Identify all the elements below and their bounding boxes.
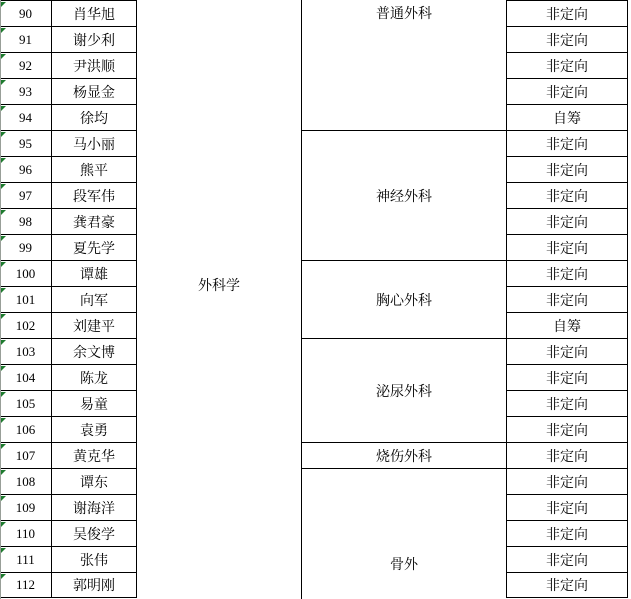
name-cell[interactable]: 夏先学 xyxy=(52,234,137,260)
specialty-label: 胸心外科 xyxy=(376,290,432,310)
row-number-text: 94 xyxy=(19,110,32,126)
name-cell[interactable]: 黄克华 xyxy=(52,442,137,468)
name-cell[interactable]: 杨显金 xyxy=(52,78,137,104)
status-text: 非定向 xyxy=(546,238,588,258)
name-text: 夏先学 xyxy=(73,238,115,258)
row-number-cell[interactable]: 102 xyxy=(0,312,52,338)
name-cell[interactable]: 谭东 xyxy=(52,468,137,494)
row-number-cell[interactable]: 106 xyxy=(0,416,52,442)
row-number-text: 110 xyxy=(16,526,35,542)
status-text: 非定向 xyxy=(546,368,588,388)
row-number-text: 99 xyxy=(19,240,32,256)
specialty-merged-cell[interactable]: 烧伤外科 xyxy=(302,442,507,468)
name-text: 刘建平 xyxy=(73,316,115,336)
row-number-text: 103 xyxy=(16,344,36,360)
name-cell[interactable]: 龚君豪 xyxy=(52,208,137,234)
status-cell[interactable]: 非定向 xyxy=(507,416,628,442)
row-number-text: 98 xyxy=(19,214,32,230)
department-label: 外科学 xyxy=(198,275,240,295)
row-number-text: 104 xyxy=(16,370,36,386)
name-text: 吴俊学 xyxy=(73,524,115,544)
status-text: 非定向 xyxy=(546,550,588,570)
status-text: 非定向 xyxy=(546,575,588,595)
row-number-cell[interactable]: 107 xyxy=(0,442,52,468)
name-cell[interactable]: 谢少利 xyxy=(52,26,137,52)
specialty-label: 神经外科 xyxy=(376,186,432,206)
row-number-text: 111 xyxy=(16,552,35,568)
row-number-text: 96 xyxy=(19,162,32,178)
status-text: 非定向 xyxy=(546,290,588,310)
status-cell[interactable]: 非定向 xyxy=(507,494,628,520)
status-cell[interactable]: 非定向 xyxy=(507,26,628,52)
row-number-cell[interactable]: 110 xyxy=(0,520,52,546)
row-number-text: 106 xyxy=(16,422,36,438)
status-cell[interactable]: 非定向 xyxy=(507,156,628,182)
specialty-label: 普通外科 xyxy=(376,3,432,23)
name-cell[interactable]: 吴俊学 xyxy=(52,520,137,546)
name-cell[interactable]: 谢海洋 xyxy=(52,494,137,520)
name-text: 向军 xyxy=(80,290,108,310)
status-cell[interactable]: 非定向 xyxy=(507,260,628,286)
status-cell[interactable]: 非定向 xyxy=(507,442,628,468)
row-number-text: 91 xyxy=(19,32,32,48)
row-number-cell[interactable]: 92 xyxy=(0,52,52,78)
row-number-cell[interactable]: 100 xyxy=(0,260,52,286)
row-number-text: 105 xyxy=(16,396,36,412)
name-text: 段军伟 xyxy=(73,186,115,206)
row-number-text: 102 xyxy=(16,318,36,334)
name-text: 谢少利 xyxy=(73,30,115,50)
name-text: 谭东 xyxy=(80,472,108,492)
name-text: 杨显金 xyxy=(73,82,115,102)
status-text: 非定向 xyxy=(546,498,588,518)
name-cell[interactable]: 易童 xyxy=(52,390,137,416)
status-text: 自筹 xyxy=(553,108,581,128)
name-cell[interactable]: 谭雄 xyxy=(52,260,137,286)
row-number-cell[interactable]: 103 xyxy=(0,338,52,364)
row-number-cell[interactable]: 112 xyxy=(0,572,52,598)
status-cell[interactable]: 非定向 xyxy=(507,546,628,572)
status-text: 非定向 xyxy=(546,264,588,284)
status-text: 非定向 xyxy=(546,82,588,102)
name-cell[interactable]: 向军 xyxy=(52,286,137,312)
status-text: 非定向 xyxy=(546,394,588,414)
row-number-cell[interactable]: 105 xyxy=(0,390,52,416)
name-text: 熊平 xyxy=(80,160,108,180)
status-text: 非定向 xyxy=(546,420,588,440)
name-text: 肖华旭 xyxy=(73,4,115,24)
status-cell[interactable]: 非定向 xyxy=(507,572,628,598)
status-text: 非定向 xyxy=(546,524,588,544)
name-text: 黄克华 xyxy=(73,446,115,466)
status-cell[interactable]: 非定向 xyxy=(507,390,628,416)
status-cell[interactable]: 非定向 xyxy=(507,52,628,78)
specialty-merged-cell[interactable]: 泌尿外科 xyxy=(302,338,507,442)
status-cell[interactable]: 非定向 xyxy=(507,520,628,546)
name-cell[interactable]: 刘建平 xyxy=(52,312,137,338)
row-number-text: 101 xyxy=(16,292,36,308)
specialty-merged-cell[interactable]: 普通外科 xyxy=(302,0,507,130)
row-number-text: 100 xyxy=(16,266,36,282)
specialty-label: 泌尿外科 xyxy=(376,381,432,401)
name-cell[interactable]: 陈龙 xyxy=(52,364,137,390)
row-number-cell[interactable]: 97 xyxy=(0,182,52,208)
row-number-cell[interactable]: 108 xyxy=(0,468,52,494)
name-text: 龚君豪 xyxy=(73,212,115,232)
specialty-merged-cell[interactable]: 骨外 xyxy=(302,468,507,598)
row-number-text: 107 xyxy=(16,448,36,464)
status-cell[interactable]: 非定向 xyxy=(507,0,628,26)
status-text: 非定向 xyxy=(546,30,588,50)
name-cell[interactable]: 张伟 xyxy=(52,546,137,572)
name-cell[interactable]: 肖华旭 xyxy=(52,0,137,26)
status-cell[interactable]: 非定向 xyxy=(507,130,628,156)
name-text: 陈龙 xyxy=(80,368,108,388)
name-text: 尹洪顺 xyxy=(73,56,115,76)
row-number-cell[interactable]: 94 xyxy=(0,104,52,130)
specialty-label: 烧伤外科 xyxy=(376,446,432,466)
status-text: 非定向 xyxy=(546,472,588,492)
name-text: 郭明刚 xyxy=(73,575,115,595)
name-cell[interactable]: 尹洪顺 xyxy=(52,52,137,78)
row-number-text: 97 xyxy=(19,188,32,204)
status-cell[interactable]: 自筹 xyxy=(507,104,628,130)
row-number-text: 108 xyxy=(16,474,36,490)
row-number-cell[interactable]: 93 xyxy=(0,78,52,104)
row-number-text: 93 xyxy=(19,84,32,100)
name-cell[interactable]: 马小丽 xyxy=(52,130,137,156)
name-text: 余文博 xyxy=(73,342,115,362)
name-cell[interactable]: 段军伟 xyxy=(52,182,137,208)
spreadsheet-table: 90肖华旭非定向91谢少利非定向92尹洪顺非定向93杨显金非定向94徐均自筹95… xyxy=(0,0,631,599)
status-cell[interactable]: 非定向 xyxy=(507,468,628,494)
row-number-cell[interactable]: 111 xyxy=(0,546,52,572)
status-text: 非定向 xyxy=(546,4,588,24)
row-number-cell[interactable]: 99 xyxy=(0,234,52,260)
status-text: 非定向 xyxy=(546,56,588,76)
status-text: 非定向 xyxy=(546,212,588,232)
row-number-cell[interactable]: 101 xyxy=(0,286,52,312)
name-text: 易童 xyxy=(80,394,108,414)
status-text: 自筹 xyxy=(553,316,581,336)
row-number-text: 112 xyxy=(16,577,35,593)
row-number-cell[interactable]: 91 xyxy=(0,26,52,52)
name-text: 徐均 xyxy=(80,108,108,128)
row-number-text: 109 xyxy=(16,500,36,516)
name-cell[interactable]: 郭明刚 xyxy=(52,572,137,598)
row-number-cell[interactable]: 90 xyxy=(0,0,52,26)
row-number-cell[interactable]: 98 xyxy=(0,208,52,234)
status-cell[interactable]: 非定向 xyxy=(507,286,628,312)
status-cell[interactable]: 自筹 xyxy=(507,312,628,338)
status-cell[interactable]: 非定向 xyxy=(507,364,628,390)
status-cell[interactable]: 非定向 xyxy=(507,208,628,234)
department-merged-cell[interactable]: 外科学 xyxy=(137,0,302,599)
status-cell[interactable]: 非定向 xyxy=(507,182,628,208)
specialty-merged-cell[interactable]: 胸心外科 xyxy=(302,260,507,338)
row-number-cell[interactable]: 96 xyxy=(0,156,52,182)
name-text: 张伟 xyxy=(80,550,108,570)
status-text: 非定向 xyxy=(546,186,588,206)
row-number-cell[interactable]: 104 xyxy=(0,364,52,390)
status-cell[interactable]: 非定向 xyxy=(507,78,628,104)
status-text: 非定向 xyxy=(546,342,588,362)
specialty-label: 骨外 xyxy=(390,554,418,574)
row-number-text: 92 xyxy=(19,58,32,74)
specialty-merged-cell[interactable]: 神经外科 xyxy=(302,130,507,260)
name-cell[interactable]: 熊平 xyxy=(52,156,137,182)
name-cell[interactable]: 袁勇 xyxy=(52,416,137,442)
name-text: 马小丽 xyxy=(73,134,115,154)
status-text: 非定向 xyxy=(546,446,588,466)
name-cell[interactable]: 徐均 xyxy=(52,104,137,130)
row-number-text: 95 xyxy=(19,136,32,152)
status-cell[interactable]: 非定向 xyxy=(507,338,628,364)
name-text: 谭雄 xyxy=(80,264,108,284)
row-number-cell[interactable]: 95 xyxy=(0,130,52,156)
status-text: 非定向 xyxy=(546,134,588,154)
status-text: 非定向 xyxy=(546,160,588,180)
sheet-left-gridline xyxy=(0,0,1,599)
name-text: 袁勇 xyxy=(80,420,108,440)
row-number-cell[interactable]: 109 xyxy=(0,494,52,520)
name-cell[interactable]: 余文博 xyxy=(52,338,137,364)
row-number-text: 90 xyxy=(19,6,32,22)
name-text: 谢海洋 xyxy=(73,498,115,518)
status-cell[interactable]: 非定向 xyxy=(507,234,628,260)
